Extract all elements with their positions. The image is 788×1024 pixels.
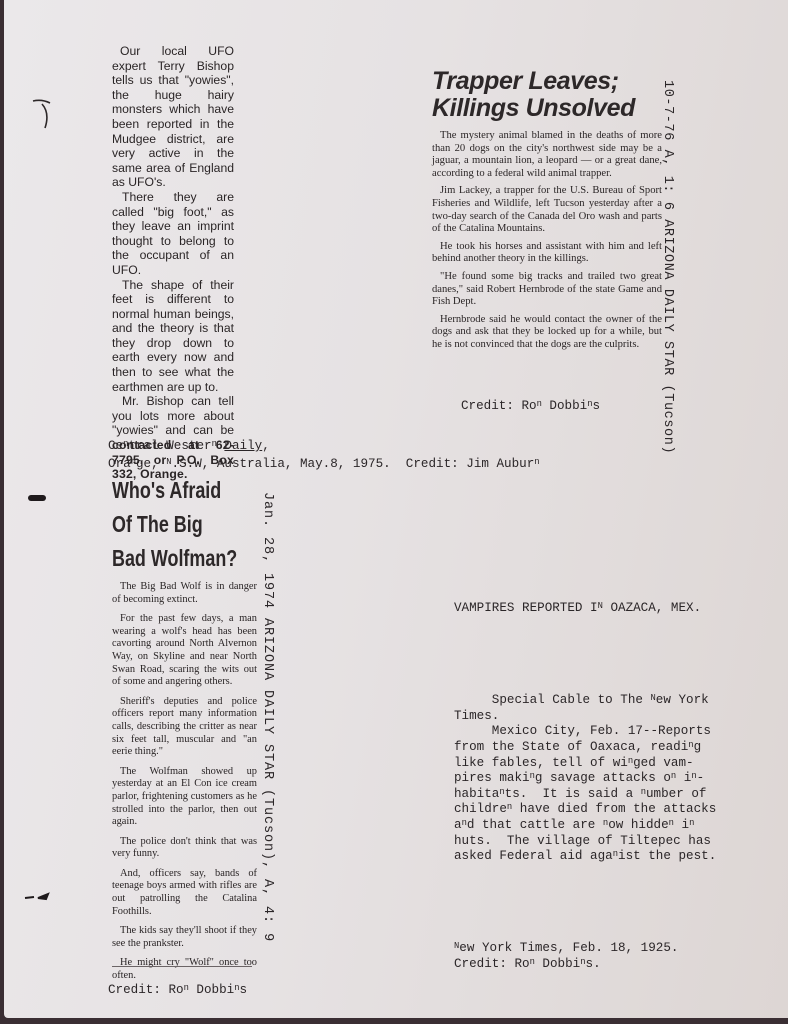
wolfman-paragraph: He might cry "Wolf" once too often.: [112, 957, 257, 982]
trapper-paragraph: He took his horses and assistant with hi…: [432, 241, 662, 266]
trapper-paragraph: The mystery animal blamed in the deaths …: [432, 130, 662, 180]
trapper-leaves-clipping: Trapper Leaves;Killings Unsolved The mys…: [432, 68, 662, 357]
vampires-line: Special Cable to The New York: [454, 693, 754, 709]
vampires-body: Special Cable to The New YorkTimes. Mexi…: [454, 693, 754, 865]
pencil-hook-mark: [30, 95, 60, 135]
trapper-body: The mystery animal blamed in the deaths …: [432, 130, 662, 352]
binder-hole-mark: [28, 495, 46, 501]
vampires-article: VAMPIRES REPORTED IN OAZACA, MEX. Specia…: [454, 570, 754, 988]
ufo-paragraph: There they are called "big foot," as the…: [112, 190, 234, 278]
trapper-headline: Trapper Leaves;Killings Unsolved: [432, 68, 662, 122]
wolfman-end-rule: [112, 966, 252, 967]
ufo-attribution: Central Western Daily,Orange, N.S.W, Aus…: [108, 437, 540, 473]
trapper-paragraph: Hernbrode said he would contact the owne…: [432, 314, 662, 352]
ufo-contact-intro: Mr. Bishop can tell you lots more about …: [112, 394, 234, 437]
vampires-line: huts. The village of Tiltepec has: [454, 834, 754, 850]
vampires-line: habitants. It is said a number of: [454, 787, 754, 803]
wolfman-date-stamp: Jan. 28, 1974 ARIZONA DAILY STAR (Tucson…: [260, 492, 275, 942]
trapper-paragraph: "He found some big tracks and trailed tw…: [432, 271, 662, 309]
vampires-source: New York Times, Feb. 18, 1925.Credit: Ro…: [454, 941, 754, 972]
vampires-source-line: Credit: Ron Dobbins.: [454, 957, 754, 973]
wolfman-credit: Credit: Ron Dobbins: [108, 983, 247, 997]
wolfman-headline: Who's AfraidOf The BigBad Wolfman?: [112, 473, 225, 575]
vampires-line: like fables, tell of winged vam-: [454, 756, 754, 772]
wolfman-paragraph: For the past few days, a man wearing a w…: [112, 613, 257, 689]
attribution-line-1: Central Western Daily,: [108, 437, 540, 455]
attribution-line-2: Orange, N.S.W, Australia, May.8, 1975. C…: [108, 455, 540, 473]
vampires-line: Mexico City, Feb. 17--Reports: [454, 724, 754, 740]
wolfman-paragraph: Sheriff's deputies and police officers r…: [112, 696, 257, 759]
vampires-line: from the State of Oaxaca, reading: [454, 740, 754, 756]
vampires-line: Times.: [454, 709, 754, 725]
ufo-paragraph: The shape of their feet is different to …: [112, 278, 234, 395]
ufo-paragraph: Our local UFO expert Terry Bishop tells …: [112, 44, 234, 190]
vampires-line: pires making savage attacks on in-: [454, 771, 754, 787]
wolfman-paragraph: The kids say they'll shoot if they see t…: [112, 925, 257, 950]
wolfman-paragraph: The police don't think that was very fun…: [112, 836, 257, 861]
vampires-line: and that cattle are now hidden in: [454, 818, 754, 834]
vampires-line: children have died from the attacks: [454, 802, 754, 818]
ufo-yowies-clipping: Our local UFO expert Terry Bishop tells …: [112, 44, 234, 482]
vampires-title: VAMPIRES REPORTED IN OAZACA, MEX.: [454, 601, 754, 617]
binder-hole-mark-lower: [22, 890, 52, 904]
wolfman-clipping: Who's AfraidOf The BigBad Wolfman? The B…: [112, 473, 257, 990]
wolfman-paragraph: The Wolfman showed up yesterday at an El…: [112, 766, 257, 829]
vampires-source-line: New York Times, Feb. 18, 1925.: [454, 941, 754, 957]
trapper-credit: Credit: Ron Dobbins: [461, 399, 600, 413]
vampires-line: asked Federal aid aganist the pest.: [454, 849, 754, 865]
wolfman-paragraph: And, officers say, bands of teenage boys…: [112, 868, 257, 918]
wolfman-body: The Big Bad Wolf is in danger of becomin…: [112, 581, 257, 983]
wolfman-paragraph: The Big Bad Wolf is in danger of becomin…: [112, 581, 257, 606]
trapper-paragraph: Jim Lackey, a trapper for the U.S. Burea…: [432, 185, 662, 235]
trapper-date-stamp: 10-7-76 A, 1: 6 ARIZONA DAILY STAR (Tucs…: [660, 80, 675, 454]
